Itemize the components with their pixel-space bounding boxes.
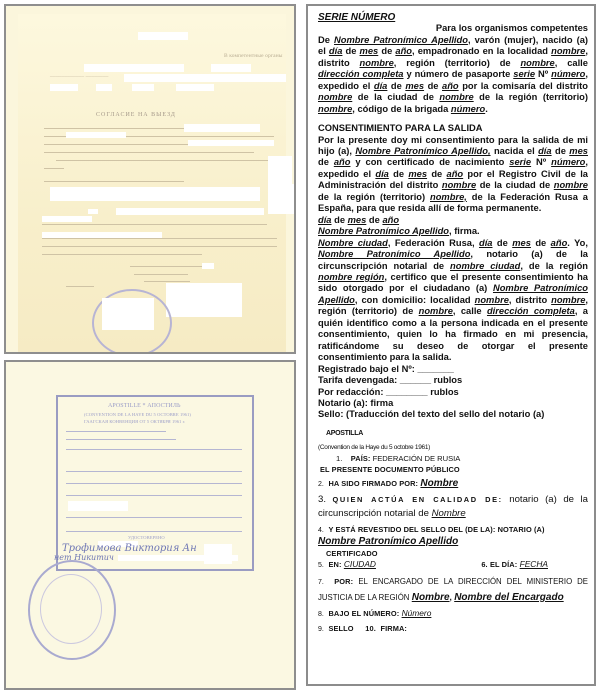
redaction-block xyxy=(124,74,286,82)
apostille-title: APOSTILLA xyxy=(326,430,363,437)
placeholder-field: año xyxy=(382,215,399,225)
apostille-title-ru: APOSTILLE * АПОСТИЛЬ xyxy=(108,403,181,409)
signed-by-value: Nombre xyxy=(420,478,458,489)
placeholder-field: serie xyxy=(513,69,535,79)
public-document-line: EL PRESENTE DOCUMENTO PÚBLICO xyxy=(320,464,588,475)
placeholder-field: Nombre Patronímico Apellido, xyxy=(355,146,490,156)
placeholder-field: nombre xyxy=(520,58,554,68)
certified-label: CERTIFICADO xyxy=(326,548,588,559)
registered-line: Registrado bajo el Nº: _______ xyxy=(318,364,588,375)
placeholder-field: nombre ciudad xyxy=(450,261,520,271)
redaction-block xyxy=(184,124,260,132)
consent-date-line: día de mes de año xyxy=(318,215,588,226)
redaction-block xyxy=(204,544,232,564)
placeholder-field: número xyxy=(551,157,585,167)
placeholder-field: día xyxy=(318,215,332,225)
consent-scan-image: В компетентные органы ____________ _____… xyxy=(4,4,296,354)
placeholder-field: nombre xyxy=(551,295,585,305)
intro-paragraph: De Nombre Patronímico Apellido, varón (m… xyxy=(318,35,588,115)
spanish-translation-panel: SERIE NÚMERO Para los organismos compete… xyxy=(306,4,596,686)
city-value: CIUDAD xyxy=(344,559,376,569)
placeholder-field: serie xyxy=(509,157,531,167)
drafting-fee-line: Por redacción: ________ rublos xyxy=(318,387,588,398)
placeholder-field: año xyxy=(442,81,459,91)
placeholder-field: día xyxy=(329,46,343,56)
placeholder-field: mes xyxy=(512,238,531,248)
redaction-block xyxy=(102,298,154,330)
placeholder-field: dirección completa xyxy=(318,69,404,79)
placeholder-field: nombre xyxy=(439,92,473,102)
placeholder-field: mes xyxy=(569,146,588,156)
placeholder-field: nombre, xyxy=(430,192,467,202)
placeholder-field: día xyxy=(479,238,493,248)
redaction-block xyxy=(138,32,188,40)
number-value: Número xyxy=(402,608,432,618)
placeholder-field: dirección completa xyxy=(487,306,575,316)
notary-paragraph: Nombre ciudad, Federación Rusa, día de m… xyxy=(318,238,588,364)
redaction-block xyxy=(116,208,264,215)
placeholder-field: día xyxy=(375,169,389,179)
redaction-block xyxy=(211,64,251,72)
placeholder-field: año xyxy=(334,157,351,167)
placeholder-field: día xyxy=(538,146,552,156)
placeholder-field: año xyxy=(395,46,412,56)
date-value: FECHA xyxy=(520,559,548,569)
redaction-block xyxy=(188,140,274,146)
consent-paragraph: Por la presente doy mi consentimiento pa… xyxy=(318,135,588,215)
consent-signature-line: Nombre Patronímico Apellido, firma. xyxy=(318,226,588,237)
apostille-translation: APOSTILLA (Convention de la Haye du 5 oc… xyxy=(318,427,588,635)
country-value: FEDERACIÓN DE RUSIA xyxy=(373,454,461,463)
seal-line: Sello: (Traducción del texto del sello d… xyxy=(318,409,588,420)
placeholder-field: nombre región xyxy=(318,272,384,282)
placeholder-field: nombre xyxy=(419,306,453,316)
apostille-scan-image: APOSTILLE * АПОСТИЛЬ (CONVENTION DE LA H… xyxy=(4,360,296,690)
redaction-block xyxy=(166,283,242,317)
placeholder-field: nombre xyxy=(360,58,394,68)
placeholder-field: mes xyxy=(348,215,367,225)
notary-name-value: Nombre Patronímico Apellido xyxy=(318,536,458,547)
redaction-block xyxy=(66,132,126,138)
placeholder-field: Nombre Patronímico Apellido xyxy=(334,35,468,45)
placeholder-field: Nombre Patronímico Apellido xyxy=(318,249,470,259)
serie-number-title: SERIE NÚMERO xyxy=(318,12,395,23)
placeholder-field: Nombre Patronímico Apellido xyxy=(318,283,588,304)
redaction-block xyxy=(132,84,154,91)
redaction-block xyxy=(202,263,214,269)
placeholder-field: nombre xyxy=(318,92,352,102)
placeholder-field: Nombre ciudad xyxy=(318,238,388,248)
notary-signature-line: Notario (a): firma xyxy=(318,398,588,409)
redaction-block xyxy=(68,501,128,511)
placeholder-field: nombre xyxy=(442,180,476,190)
redaction-block xyxy=(84,64,184,72)
redaction-block xyxy=(268,184,296,214)
redaction-block xyxy=(268,156,292,186)
addressee-line: Para los organismos competentes xyxy=(318,23,588,34)
redaction-block xyxy=(50,84,78,91)
placeholder-field: Nombre Patronímico Apellido xyxy=(318,226,449,236)
redaction-block xyxy=(50,187,260,201)
placeholder-field: día xyxy=(374,81,388,91)
placeholder-field: año xyxy=(447,169,464,179)
officer-name-value: Nombre del Encargado xyxy=(454,592,563,603)
placeholder-field: número xyxy=(551,69,585,79)
placeholder-field: nombre xyxy=(554,180,588,190)
placeholder-field: mes xyxy=(408,169,427,179)
redaction-block xyxy=(42,216,92,222)
addressee-text: В компетентные органы xyxy=(224,53,283,59)
placeholder-field: mes xyxy=(405,81,424,91)
placeholder-field: número xyxy=(451,104,485,114)
redaction-block xyxy=(176,84,214,91)
fee-line: Tarifa devengada: ______ rublos xyxy=(318,375,588,386)
redaction-block xyxy=(96,84,112,91)
placeholder-field: nombre xyxy=(475,295,509,305)
consent-heading-ru: СОГЛАСИЕ НА ВЫЕЗД xyxy=(96,112,176,118)
redaction-block xyxy=(88,209,98,214)
consent-title: CONSENTIMIENTO PARA LA SALIDA xyxy=(318,123,588,134)
placeholder-field: nombre xyxy=(551,46,585,56)
placeholder-field: año xyxy=(551,238,568,248)
placeholder-field: mes xyxy=(360,46,379,56)
placeholder-field: nombre xyxy=(318,104,352,114)
convention-line: (Convention de la Haye du 5 octobre 1961… xyxy=(318,442,588,453)
